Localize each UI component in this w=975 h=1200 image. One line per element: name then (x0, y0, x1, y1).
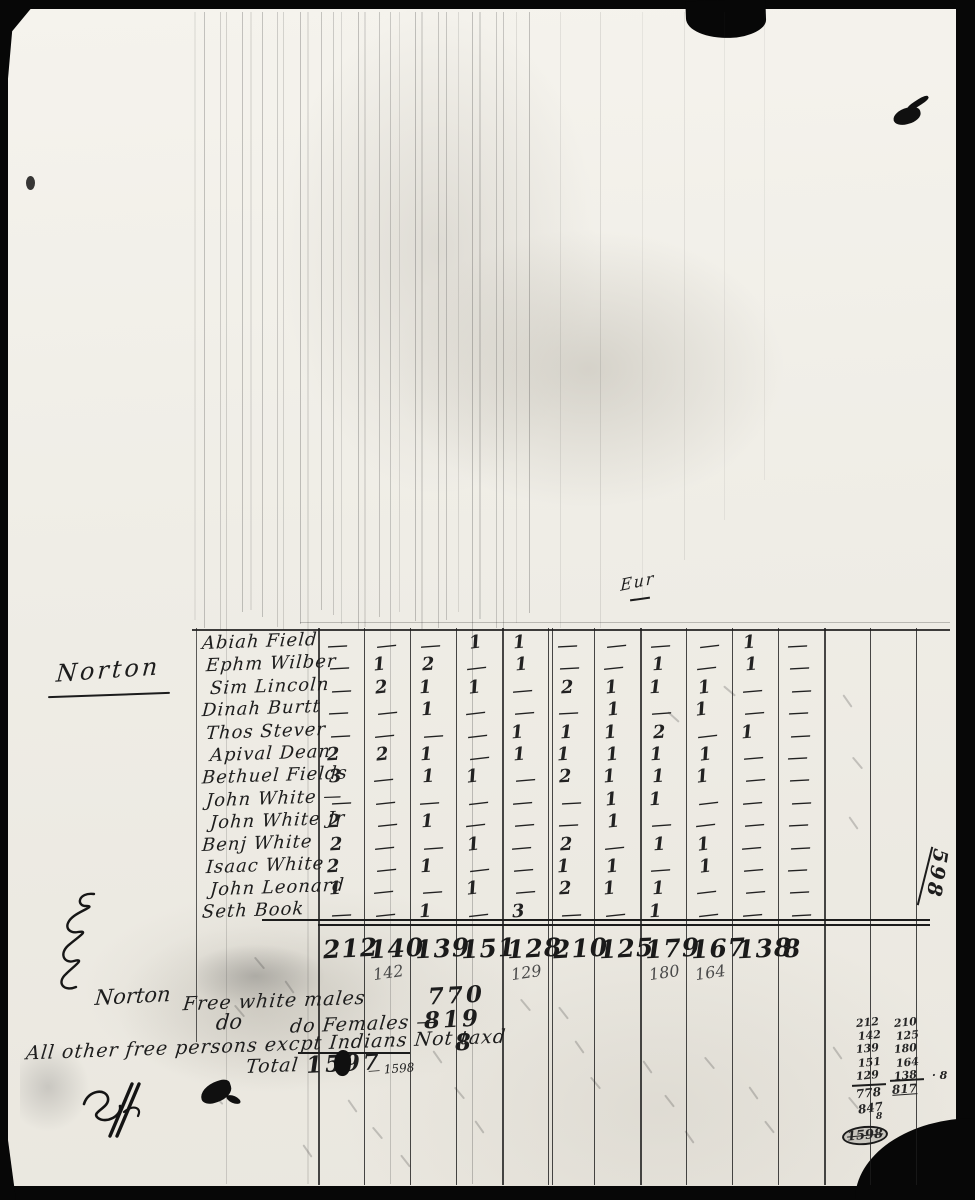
scan-edge-right (956, 0, 975, 1200)
loop-scribble (52, 890, 112, 995)
scanned-census-page: { "document": { "kind": "Handwritten cen… (0, 0, 975, 1200)
paper-sheet (8, 9, 958, 1188)
scan-edge-bottom (0, 1186, 975, 1200)
signature-scribble (80, 1082, 152, 1142)
scan-speck (26, 176, 35, 190)
